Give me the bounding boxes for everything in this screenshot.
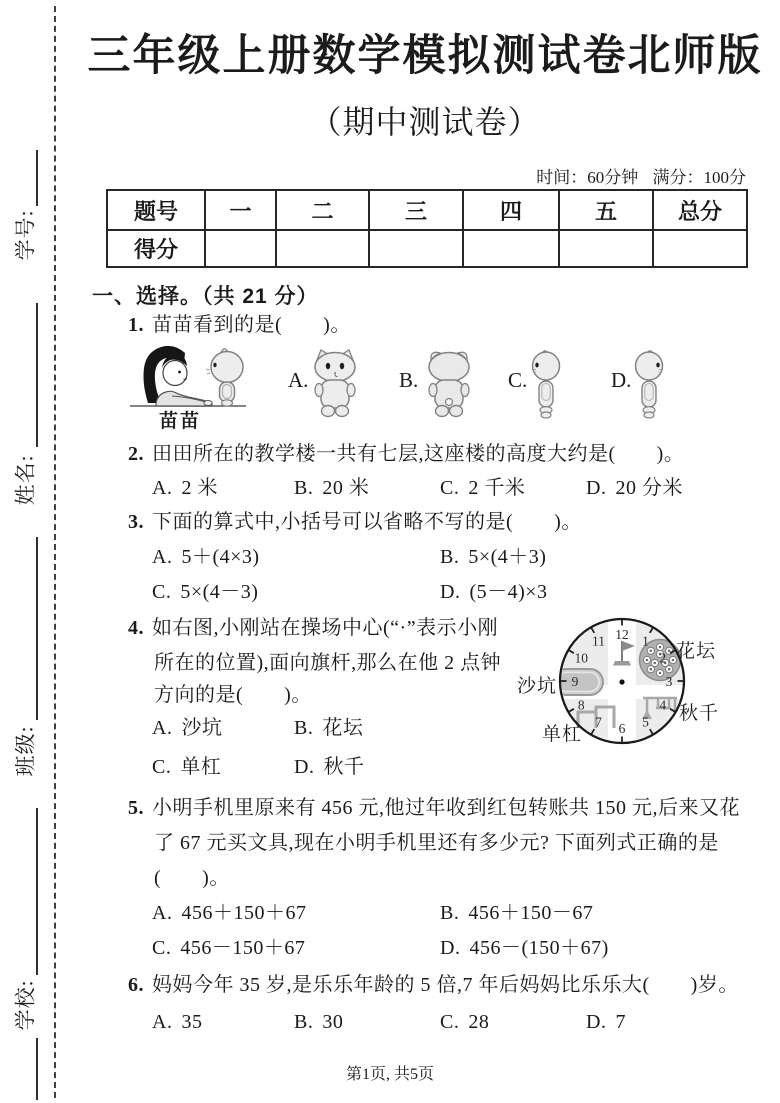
option-3a: A.5＋(4×3) — [152, 544, 260, 570]
score-cell — [369, 230, 463, 267]
svg-text:1: 1 — [642, 633, 649, 648]
score-table-score-row: 得分 — [107, 230, 747, 267]
question-1: 1.苗苗看到的是( )。 — [128, 312, 351, 338]
option-4a: A.沙坑 — [152, 715, 222, 741]
student-id-label: 学号: — [1, 185, 47, 285]
page-subtitle: （期中测试卷） — [85, 97, 765, 143]
sandpit-label: 沙坑 — [517, 671, 557, 698]
option-4d: D.秋千 — [294, 754, 364, 780]
question-3: 3.下面的算式中,小括号可以省略不写的是( )。 — [128, 509, 582, 535]
svg-text:4: 4 — [659, 698, 666, 713]
option-letter-a: A. — [288, 368, 308, 393]
figure-caption: 苗苗 — [152, 406, 208, 433]
score-cell — [276, 230, 369, 267]
svg-text:10: 10 — [575, 651, 589, 666]
question-number: 5. — [128, 797, 144, 819]
svg-text:11: 11 — [592, 633, 605, 648]
toy-back-view — [426, 349, 472, 421]
question-number: 2. — [128, 443, 144, 465]
swing-label: 秋千 — [679, 698, 719, 725]
question-4-line2: 所在的位置),面向旗杆,那么在他 2 点钟 — [154, 650, 501, 676]
score-cell — [653, 230, 747, 267]
name-label: 姓名: — [1, 430, 47, 530]
toy-front-view — [312, 349, 358, 421]
score-table-header-row: 题号 一 二 三 四 五 总分 — [107, 190, 747, 230]
svg-text:2: 2 — [659, 651, 666, 666]
bar-label: 单杠 — [542, 719, 582, 746]
toy-side-view-left — [531, 350, 561, 422]
score-table: 题号 一 二 三 四 五 总分 得分 — [106, 189, 748, 268]
center-dot — [619, 679, 624, 684]
test-paper-page: 学号: 姓名: 班级: 学校: 三年级上册数学模拟测试卷北师版 （期中测试卷） … — [0, 0, 780, 1103]
question-number: 1. — [128, 314, 144, 336]
question-text: 苗苗看到的是( )。 — [152, 314, 351, 336]
blank-line — [36, 537, 38, 720]
option-letter-d: D. — [611, 368, 631, 393]
question-number: 3. — [128, 511, 144, 533]
class-label: 班级: — [1, 701, 47, 801]
option-6d: D.7 — [586, 1009, 626, 1035]
col-header: 二 — [276, 190, 369, 230]
question-5: 5.小明手机里原来有 456 元,他过年收到红包转账共 150 元,后来又花 — [128, 795, 740, 821]
score-row-label: 得分 — [107, 230, 205, 267]
full-score: 满分：100分 — [653, 168, 747, 187]
question-2: 2.田田所在的教学楼一共有七层,这座楼的高度大约是( )。 — [128, 441, 684, 467]
question-5-line2: 了 67 元买文具,现在小明手机里还有多少元? 下面列式正确的是 — [154, 830, 719, 856]
option-letter-b: B. — [399, 368, 418, 393]
seal-dashed-line — [54, 6, 56, 1098]
question-4: 4.如右图,小刚站在操场中心(“·”表示小刚 — [128, 615, 498, 641]
col-header: 三 — [369, 190, 463, 230]
option-5d: D.456－(150＋67) — [440, 935, 609, 961]
question-text: 如右图,小刚站在操场中心(“·”表示小刚 — [152, 617, 498, 639]
question-4-line3: 方向的是( )。 — [154, 682, 312, 708]
option-4c: C.单杠 — [152, 754, 221, 780]
option-2b: B.20 米 — [294, 475, 369, 501]
col-header: 题号 — [107, 190, 205, 230]
question-6: 6.妈妈今年 35 岁,是乐乐年龄的 5 倍,7 年后妈妈比乐乐大( )岁。 — [128, 972, 739, 998]
svg-text:8: 8 — [578, 698, 585, 713]
svg-text:12: 12 — [615, 627, 629, 642]
exam-info: 时间：60分钟 满分：100分 — [90, 163, 746, 188]
option-3c: C.5×(4－3) — [152, 579, 258, 605]
blank-line — [36, 303, 38, 447]
svg-text:6: 6 — [619, 721, 626, 736]
score-cell — [559, 230, 653, 267]
page-number: 第1页, 共5页 — [0, 1061, 780, 1084]
svg-text:5: 5 — [642, 715, 649, 730]
option-3b: B.5×(4＋3) — [440, 544, 546, 570]
option-3d: D.(5－4)×3 — [440, 579, 548, 605]
section-heading: 一、选择。（共 21 分） — [92, 280, 319, 310]
question-5-line3: ( )。 — [154, 865, 230, 891]
score-cell — [463, 230, 559, 267]
question-number: 4. — [128, 617, 144, 639]
question-text: 小明手机里原来有 456 元,他过年收到红包转账共 150 元,后来又花 — [152, 797, 740, 819]
question-text: 妈妈今年 35 岁,是乐乐年龄的 5 倍,7 年后妈妈比乐乐大( )岁。 — [152, 974, 739, 996]
svg-text:7: 7 — [595, 715, 602, 730]
question-text: 下面的算式中,小括号可以省略不写的是( )。 — [152, 511, 582, 533]
option-5c: C.456－150＋67 — [152, 935, 305, 961]
option-6c: C.28 — [440, 1009, 489, 1035]
question-number: 6. — [128, 974, 144, 996]
option-5a: A.456＋150＋67 — [152, 900, 306, 926]
svg-text:9: 9 — [572, 674, 579, 689]
col-header: 一 — [205, 190, 276, 230]
option-5b: B.456＋150－67 — [440, 900, 593, 926]
option-2d: D.20 分米 — [586, 475, 683, 501]
svg-text:3: 3 — [666, 674, 673, 689]
option-2a: A.2 米 — [152, 475, 218, 501]
school-label: 学校: — [1, 955, 47, 1055]
col-header: 五 — [559, 190, 653, 230]
time-limit: 时间：60分钟 — [536, 168, 638, 187]
toy-side-view-right — [634, 350, 664, 422]
page-title: 三年级上册数学模拟测试卷北师版 — [85, 22, 765, 83]
option-6a: A.35 — [152, 1009, 202, 1035]
option-4b: B.花坛 — [294, 715, 363, 741]
score-cell — [205, 230, 276, 267]
option-6b: B.30 — [294, 1009, 343, 1035]
blank-line — [36, 808, 38, 975]
option-letter-c: C. — [508, 368, 527, 393]
col-header: 总分 — [653, 190, 747, 230]
option-2c: C.2 千米 — [440, 475, 525, 501]
question-text: 田田所在的教学楼一共有七层,这座楼的高度大约是( )。 — [152, 443, 684, 465]
flowerbed-label: 花坛 — [676, 636, 716, 663]
col-header: 四 — [463, 190, 559, 230]
